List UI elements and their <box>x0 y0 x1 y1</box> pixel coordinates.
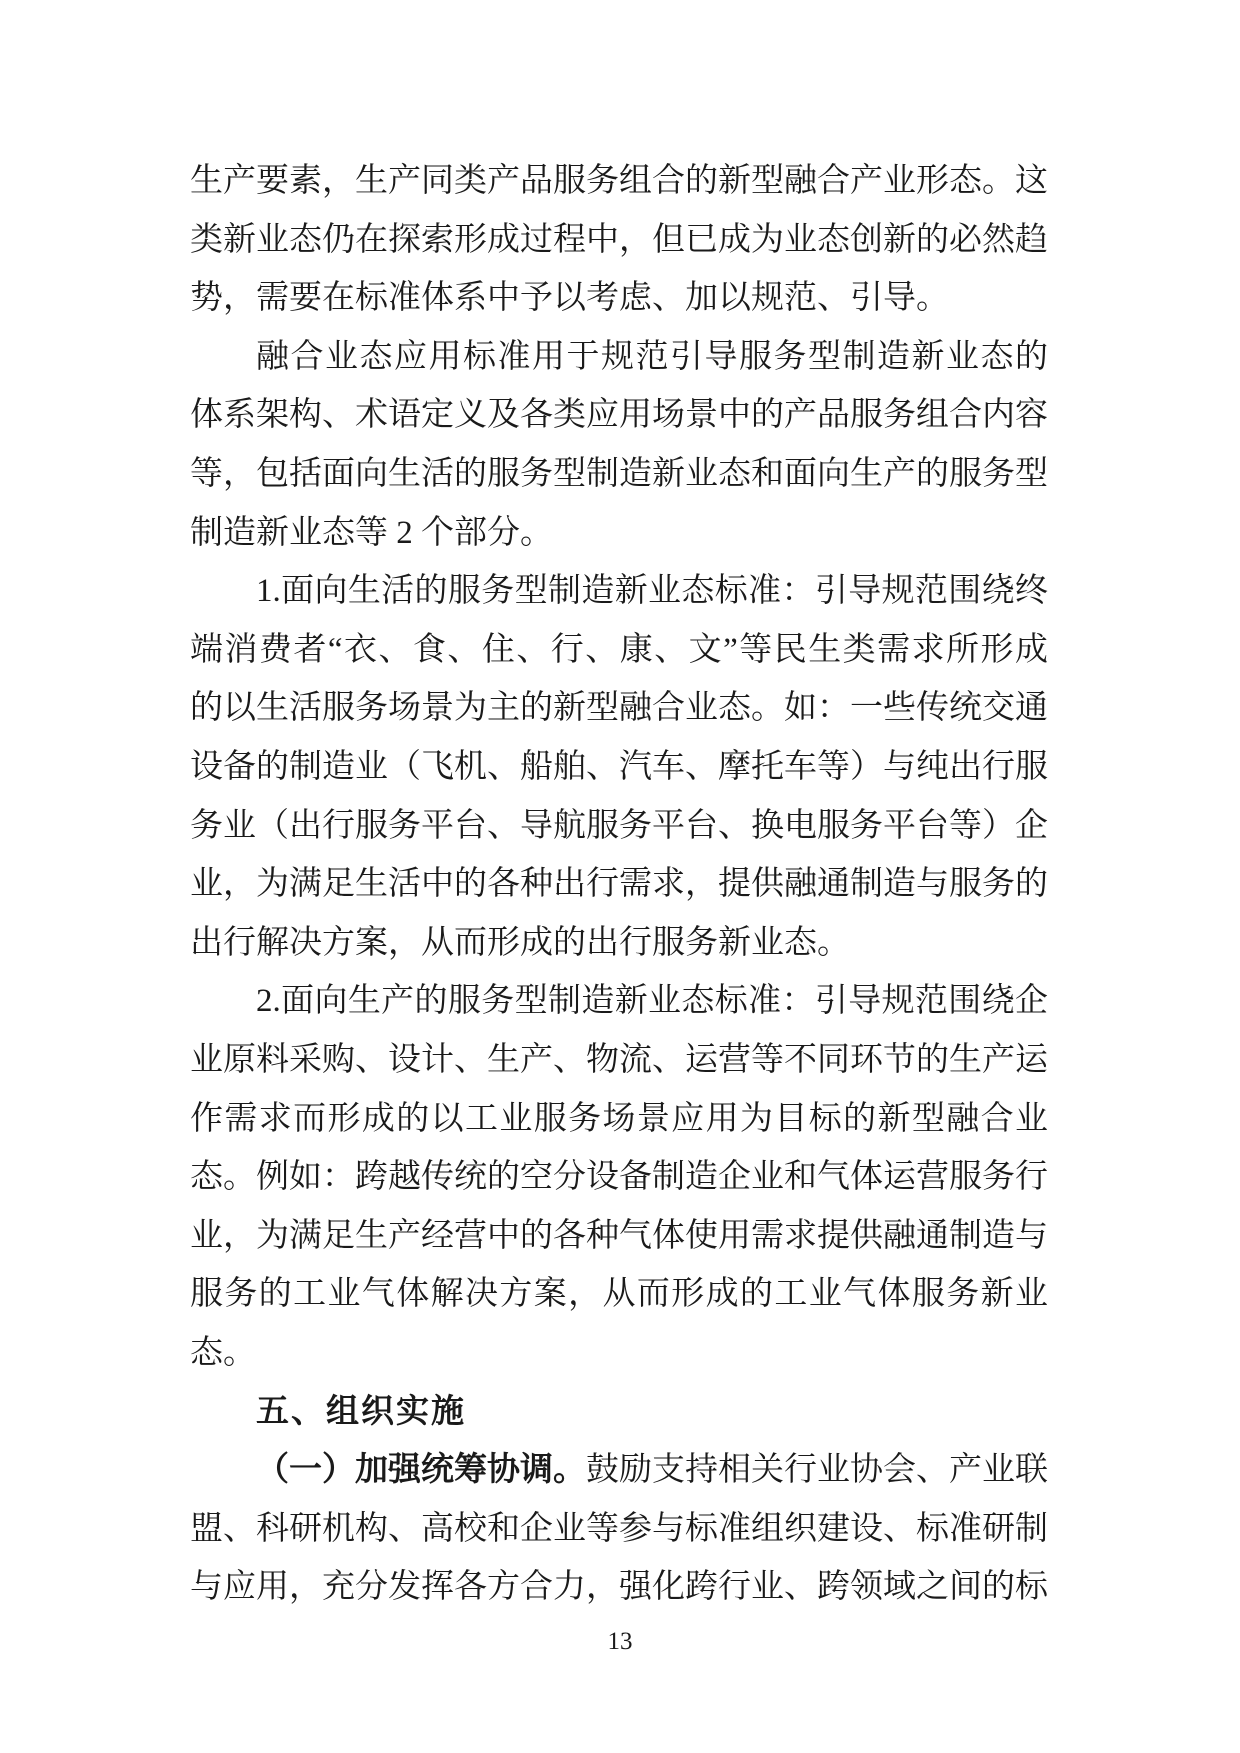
body-line: 盟、科研机构、高校和企业等参与标准组织建设、标准研制 <box>190 1500 1048 1559</box>
run-in-heading: （一）加强统筹协调。 <box>256 1452 586 1488</box>
body-line: 与应用，充分发挥各方合力，强化跨行业、跨领域之间的标 <box>190 1558 1048 1617</box>
body-line: 业，为满足生产经营中的各种气体使用需求提供融通制造与 <box>190 1207 1048 1266</box>
body-line: 1.面向生活的服务型制造新业态标准：引导规范围绕终 <box>190 562 1048 621</box>
body-line: 类新业态仍在探索形成过程中，但已成为业态创新的必然趋 <box>190 211 1048 270</box>
body-line: 的以生活服务场景为主的新型融合业态。如：一些传统交通 <box>190 679 1048 738</box>
body-line: 服务的工业气体解决方案，从而形成的工业气体服务新业 <box>190 1265 1048 1324</box>
body-line: 业原料采购、设计、生产、物流、运营等不同环节的生产运 <box>190 1031 1048 1090</box>
body-line: 融合业态应用标准用于规范引导服务型制造新业态的 <box>190 328 1048 387</box>
body-line-text: 鼓励支持相关行业协会、产业联 <box>586 1452 1048 1488</box>
body-line: 务业（出行服务平台、导航服务平台、换电服务平台等）企 <box>190 797 1048 856</box>
body-line: 作需求而形成的以工业服务场景应用为目标的新型融合业 <box>190 1090 1048 1149</box>
body-line: 2.面向生产的服务型制造新业态标准：引导规范围绕企 <box>190 972 1048 1031</box>
body-line: 势，需要在标准体系中予以考虑、加以规范、引导。 <box>190 269 1048 328</box>
page-number: 13 <box>0 1617 1240 1667</box>
document-body: 生产要素，生产同类产品服务组合的新型融合产业形态。这 类新业态仍在探索形成过程中… <box>190 152 1048 1617</box>
body-line: 态。 <box>190 1324 1048 1383</box>
body-line: （一）加强统筹协调。鼓励支持相关行业协会、产业联 <box>190 1441 1048 1500</box>
body-line: 等，包括面向生活的服务型制造新业态和面向生产的服务型 <box>190 445 1048 504</box>
body-line: 出行解决方案，从而形成的出行服务新业态。 <box>190 914 1048 973</box>
body-line: 业，为满足生活中的各种出行需求，提供融通制造与服务的 <box>190 855 1048 914</box>
body-line: 态。例如：跨越传统的空分设备制造企业和气体运营服务行 <box>190 1148 1048 1207</box>
body-line: 制造新业态等 2 个部分。 <box>190 504 1048 563</box>
document-page: 生产要素，生产同类产品服务组合的新型融合产业形态。这 类新业态仍在探索形成过程中… <box>0 0 1240 1753</box>
body-line: 生产要素，生产同类产品服务组合的新型融合产业形态。这 <box>190 152 1048 211</box>
body-line: 端消费者“衣、食、住、行、康、文”等民生类需求所形成 <box>190 621 1048 680</box>
body-line: 设备的制造业（飞机、船舶、汽车、摩托车等）与纯出行服 <box>190 738 1048 797</box>
section-heading: 五、组织实施 <box>190 1382 1048 1441</box>
body-line: 体系架构、术语定义及各类应用场景中的产品服务组合内容 <box>190 386 1048 445</box>
